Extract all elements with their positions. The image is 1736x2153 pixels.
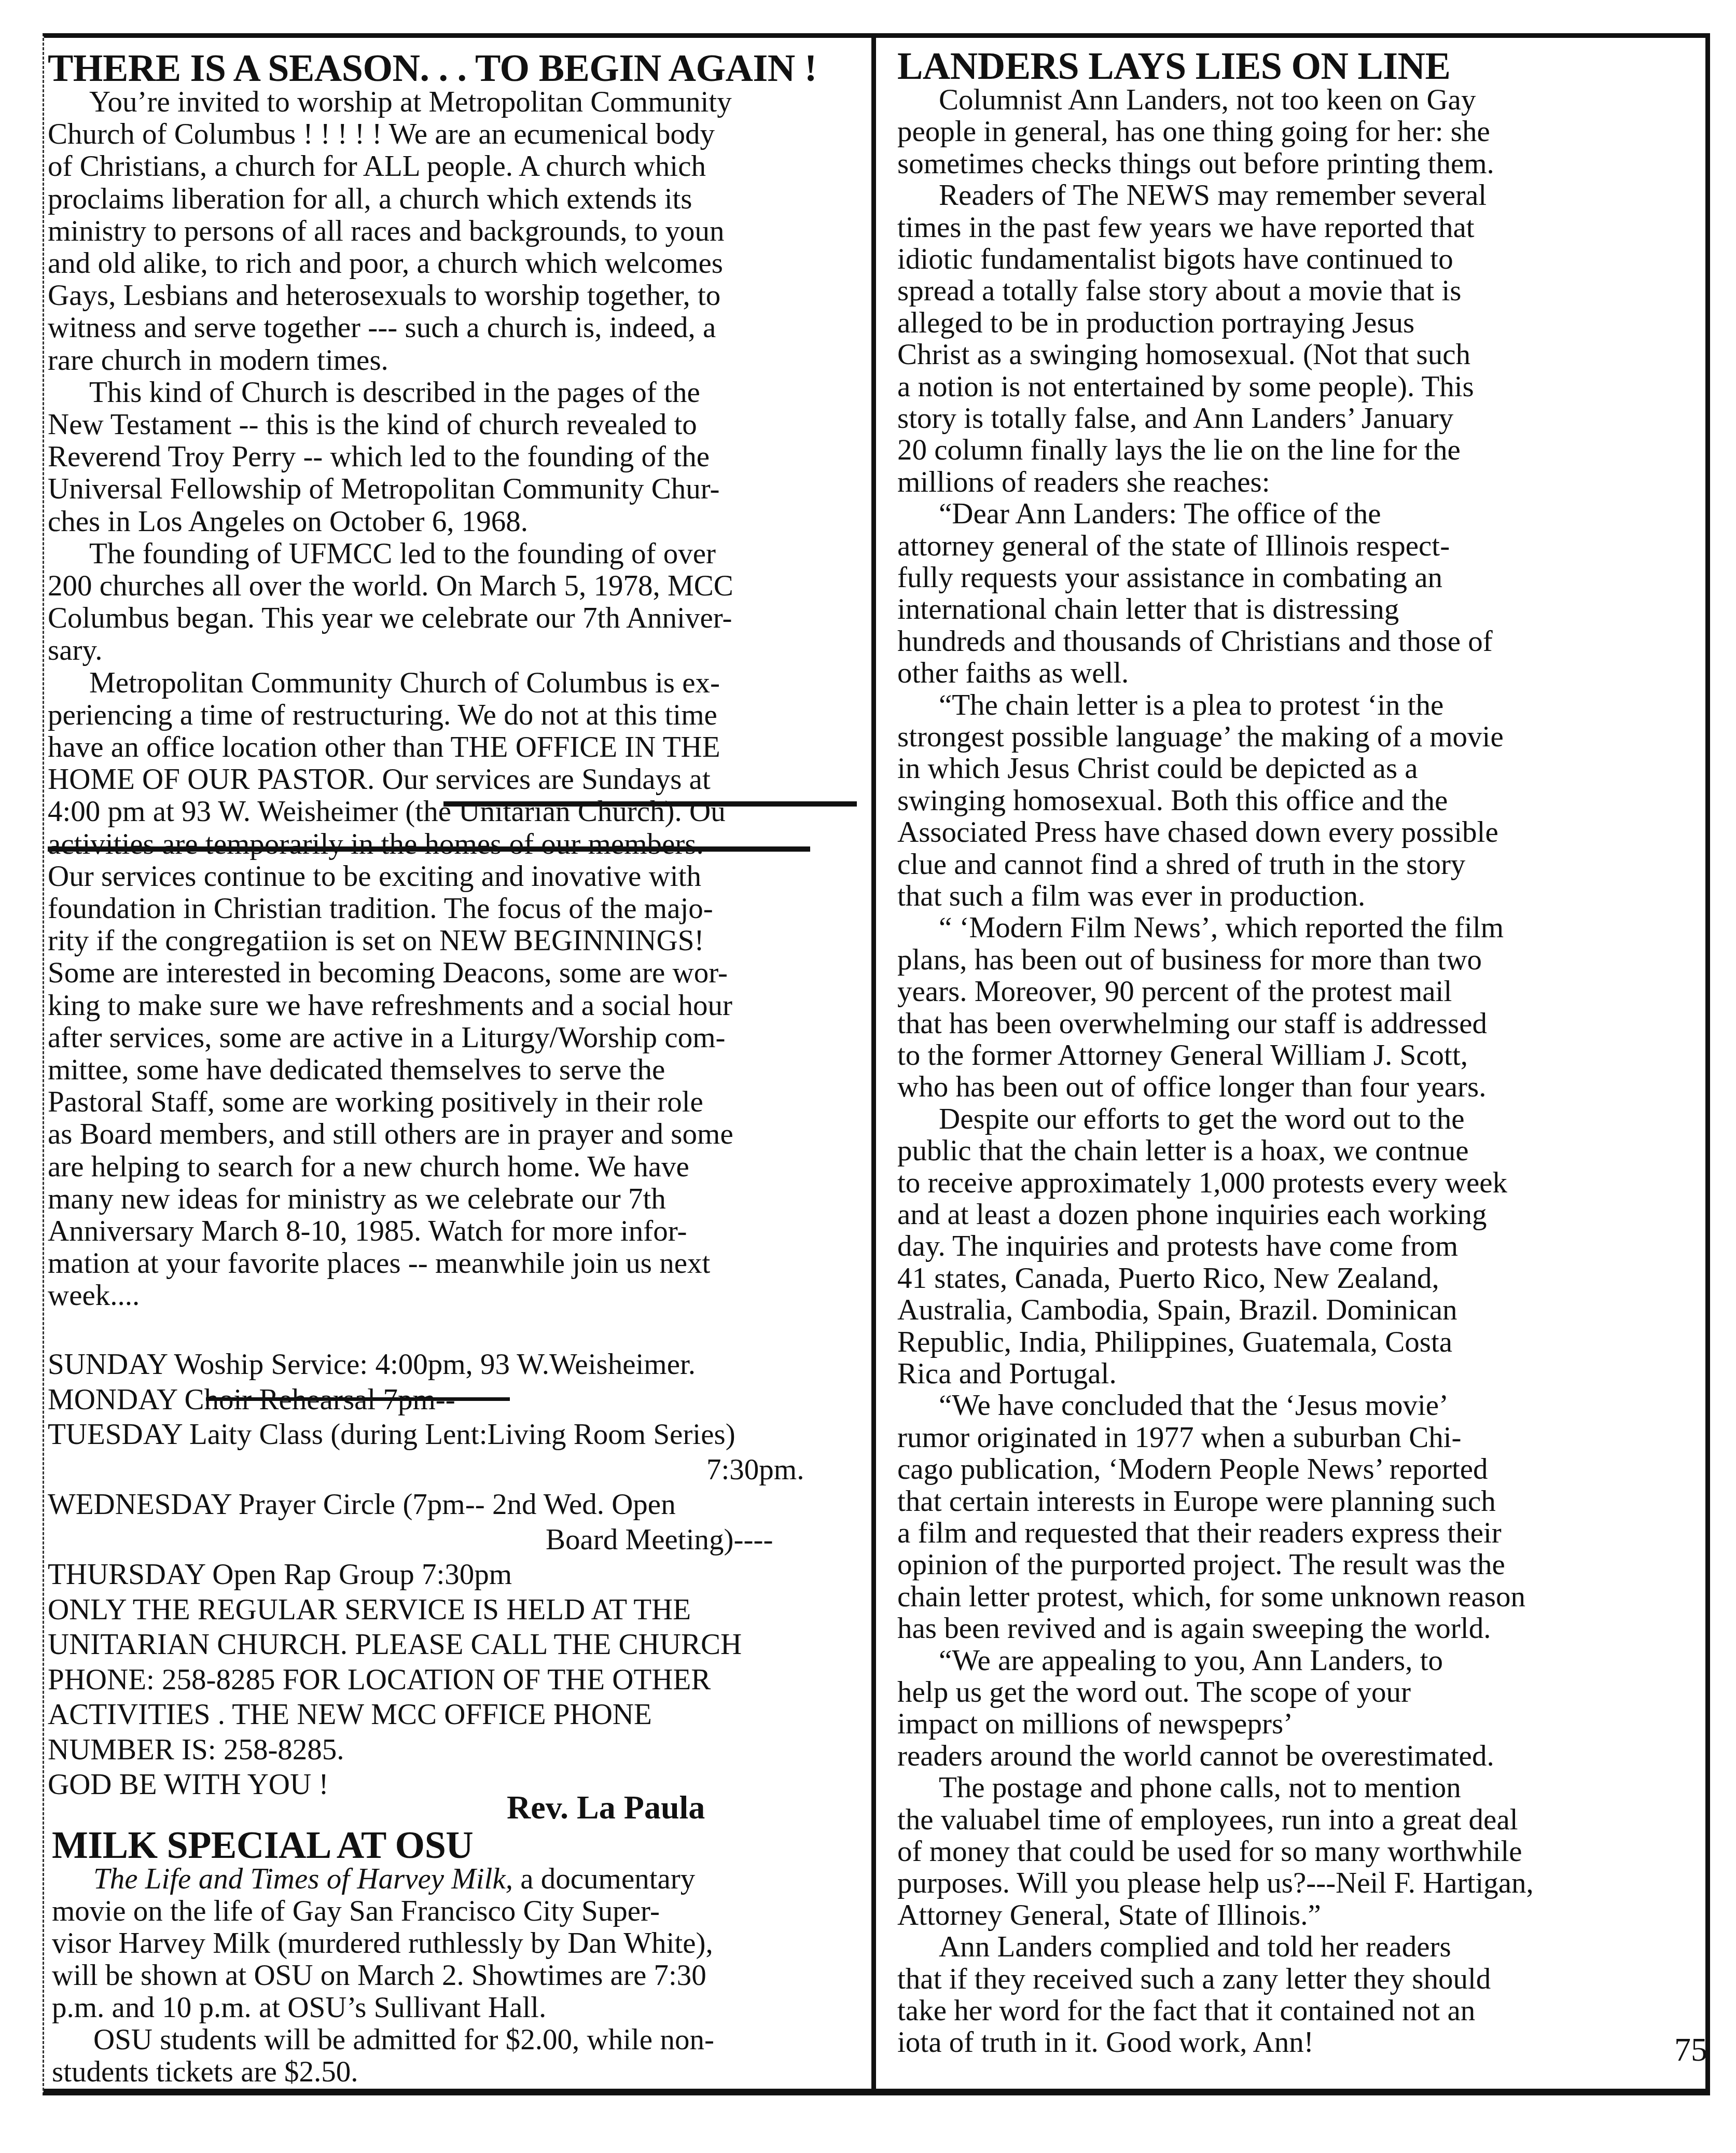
body-line: Metropolitan Community Church of Columbu… (48, 667, 720, 699)
body-line: international chain letter that is distr… (897, 593, 1399, 626)
body-line: spread a totally false story about a mov… (897, 275, 1461, 307)
body-line: alleged to be in production portraying J… (897, 307, 1414, 339)
body-line: strongest possible language’ the making … (897, 721, 1504, 753)
body-line: king to make sure we have refreshments a… (48, 990, 732, 1022)
body-line: and old alike, to rich and poor, a churc… (48, 247, 723, 280)
body-line: plans, has been out of business for more… (897, 944, 1482, 976)
body-line: day. The inquiries and protests have com… (897, 1230, 1458, 1262)
body-line: Rica and Portugal. (897, 1358, 1117, 1390)
body-line: “We have concluded that the ‘Jesus movie… (897, 1390, 1449, 1422)
schedule-line: UNITARIAN CHURCH. PLEASE CALL THE CHURCH (48, 1629, 742, 1661)
body-text: a documentary (513, 1863, 695, 1895)
body-line: “The chain letter is a plea to protest ‘… (897, 689, 1443, 721)
body-line: Church of Columbus ! ! ! ! ! We are an e… (48, 118, 715, 150)
body-line: ministry to persons of all races and bac… (48, 215, 724, 247)
body-line: that if they received such a zany letter… (897, 1963, 1491, 1995)
body-line: chain letter protest, which, for some un… (897, 1581, 1525, 1613)
body-line: Pastoral Staff, some are working positiv… (48, 1086, 703, 1118)
body-line: week.... (48, 1280, 140, 1312)
body-line: take her word for the fact that it conta… (897, 1995, 1475, 2027)
body-line: Readers of The NEWS may remember several (897, 179, 1487, 212)
film-title: The Life and Times of Harvey Milk, (93, 1863, 513, 1895)
body-line: 20 column finally lays the lie on the li… (897, 434, 1461, 466)
schedule-line: NUMBER IS: 258-8285. (48, 1734, 344, 1766)
body-line: has been revived and is again sweeping t… (897, 1613, 1491, 1645)
body-line: fully requests your assistance in combat… (897, 562, 1442, 594)
body-line: in which Jesus Christ could be depicted … (897, 753, 1418, 785)
body-line: New Testament -- this is the kind of chu… (48, 409, 697, 441)
body-line: that such a film was ever in production. (897, 880, 1365, 912)
body-line: Republic, India, Philippines, Guatemala,… (897, 1326, 1452, 1358)
body-line: 200 churches all over the world. On Marc… (48, 570, 733, 602)
body-line: ches in Los Angeles on October 6, 1968. (48, 506, 528, 538)
body-line: are helping to search for a new church h… (48, 1151, 689, 1183)
body-line: movie on the life of Gay San Francisco C… (52, 1895, 660, 1927)
body-line: many new ideas for ministry as we celebr… (48, 1183, 666, 1215)
body-line: Ann Landers complied and told her reader… (897, 1931, 1451, 1963)
body-line: impact on millions of newspeprs’ (897, 1708, 1293, 1740)
body-line: a notion is not entertained by some peop… (897, 371, 1474, 403)
underline-rule (443, 801, 857, 807)
body-line: times in the past few years we have repo… (897, 212, 1475, 244)
body-line: of Christians, a church for ALL people. … (48, 150, 706, 183)
body-line: public that the chain letter is a hoax, … (897, 1135, 1469, 1167)
schedule-line: SUNDAY Woship Service: 4:00pm, 93 W.Weis… (48, 1349, 696, 1381)
body-line: Some are interested in becoming Deacons,… (48, 957, 728, 989)
body-line: The postage and phone calls, not to ment… (897, 1772, 1461, 1804)
schedule-line: ACTIVITIES . THE NEW MCC OFFICE PHONE (48, 1699, 652, 1731)
body-line: opinion of the purported project. The re… (897, 1549, 1505, 1581)
body-line: rumor originated in 1977 when a suburban… (897, 1422, 1462, 1454)
body-line: students tickets are $2.50. (52, 2056, 358, 2088)
body-line: “Dear Ann Landers: The office of the (897, 498, 1381, 530)
schedule-line: Board Meeting)---- (546, 1524, 773, 1556)
body-line: HOME OF OUR PASTOR. Our services are Sun… (48, 763, 711, 796)
body-line: Australia, Cambodia, Spain, Brazil. Domi… (897, 1294, 1457, 1326)
body-line: a film and requested that their readers … (897, 1517, 1502, 1549)
body-line: sometimes checks things out before print… (897, 148, 1494, 180)
body-line: mation at your favorite places -- meanwh… (48, 1247, 710, 1280)
body-line: Columnist Ann Landers, not too keen on G… (897, 84, 1476, 116)
body-line: rity if the congregatiion is set on NEW … (48, 925, 704, 957)
column-divider (871, 33, 876, 2095)
schedule-line: 7:30pm. (706, 1454, 804, 1486)
body-line: sary. (48, 634, 103, 666)
body-line: Anniversary March 8-10, 1985. Watch for … (48, 1215, 687, 1247)
body-line: millions of readers she reaches: (897, 466, 1270, 498)
body-line: to receive approximately 1,000 protests … (897, 1167, 1507, 1199)
body-line: iota of truth in it. Good work, Ann! (897, 2026, 1314, 2059)
article-title-milk: MILK SPECIAL AT OSU (52, 1825, 473, 1866)
body-line: attorney general of the state of Illinoi… (897, 530, 1450, 562)
body-line: purposes. Will you please help us?---Nei… (897, 1867, 1534, 1899)
body-line: Our services continue to be exciting and… (48, 860, 701, 893)
body-line: rare church in modern times. (48, 344, 388, 377)
body-line: help us get the word out. The scope of y… (897, 1676, 1411, 1708)
article-title-landers: LANDERS LAYS LIES ON LINE (897, 46, 1450, 87)
body-line: Christ as a swinging homosexual. (Not th… (897, 339, 1470, 371)
body-line: visor Harvey Milk (murdered ruthlessly b… (52, 1927, 713, 1960)
body-line: that has been overwhelming our staff is … (897, 1008, 1487, 1040)
body-line: people in general, has one thing going f… (897, 116, 1490, 148)
signature: Rev. La Paula (507, 1788, 705, 1827)
body-line: and at least a dozen phone inquiries eac… (897, 1199, 1487, 1231)
schedule-line: THURSDAY Open Rap Group 7:30pm (48, 1559, 512, 1591)
body-line: You’re invited to worship at Metropolita… (48, 86, 732, 118)
body-line: proclaims liberation for all, a church w… (48, 183, 692, 215)
body-line: after services, some are active in a Lit… (48, 1022, 725, 1054)
body-line: mittee, some have dedicated themselves t… (48, 1054, 665, 1086)
schedule-line: TUESDAY Laity Class (during Lent:Living … (48, 1419, 735, 1451)
schedule-line: ONLY THE REGULAR SERVICE IS HELD AT THE (48, 1594, 691, 1626)
body-line: “ ‘Modern Film News’, which reported the… (897, 912, 1504, 944)
body-line: story is totally false, and Ann Landers’… (897, 402, 1453, 435)
body-line: The Life and Times of Harvey Milk, a doc… (52, 1863, 695, 1895)
schedule-line: WEDNESDAY Prayer Circle (7pm-- 2nd Wed. … (48, 1489, 676, 1521)
body-line: witness and serve together --- such a ch… (48, 312, 716, 344)
body-line: idiotic fundamentalist bigots have conti… (897, 243, 1453, 275)
body-line: the valuabel time of employees, run into… (897, 1804, 1518, 1836)
body-line: will be shown at OSU on March 2. Showtim… (52, 1960, 706, 1992)
body-line: swinging homosexual. Both this office an… (897, 785, 1448, 817)
body-line: Reverend Troy Perry -- which led to the … (48, 441, 710, 473)
body-line: Universal Fellowship of Metropolitan Com… (48, 473, 720, 505)
body-line: foundation in Christian tradition. The f… (48, 893, 713, 925)
body-line: years. Moreover, 90 percent of the prote… (897, 976, 1452, 1008)
body-line: who has been out of office longer than f… (897, 1071, 1486, 1103)
body-line: Despite our efforts to get the word out … (897, 1103, 1465, 1135)
body-line: p.m. and 10 p.m. at OSU’s Sullivant Hall… (52, 1992, 546, 2024)
body-line: readers around the world cannot be overe… (897, 1740, 1494, 1772)
body-line: of money that could be used for so many … (897, 1836, 1522, 1868)
body-line: other faiths as well. (897, 657, 1129, 689)
body-line: Columbus began. This year we celebrate o… (48, 602, 732, 634)
schedule-line: PHONE: 258-8285 FOR LOCATION OF THE OTHE… (48, 1664, 711, 1696)
body-line: that certain interests in Europe were pl… (897, 1485, 1496, 1518)
body-line: activities are temporarily in the homes … (48, 828, 704, 860)
body-line: 41 states, Canada, Puerto Rico, New Zeal… (897, 1262, 1439, 1295)
body-line: “We are appealing to you, Ann Landers, t… (897, 1645, 1443, 1677)
body-line: This kind of Church is described in the … (48, 377, 700, 409)
body-line: Attorney General, State of Illinois.” (897, 1899, 1321, 1932)
article-title-season: THERE IS A SEASON. . . TO BEGIN AGAIN ! (48, 48, 817, 89)
body-line: as Board members, and still others are i… (48, 1118, 733, 1150)
body-line: periencing a time of restructuring. We d… (48, 699, 717, 731)
body-line: to the former Attorney General William J… (897, 1039, 1468, 1072)
body-line: OSU students will be admitted for $2.00,… (52, 2024, 714, 2056)
body-line: Associated Press have chased down every … (897, 816, 1498, 849)
body-line: Gays, Lesbians and heterosexuals to wors… (48, 280, 720, 312)
body-line: have an office location other than THE O… (48, 731, 720, 763)
body-line: cago publication, ‘Modern People News’ r… (897, 1453, 1488, 1485)
schedule-line: GOD BE WITH YOU ! (48, 1769, 328, 1801)
body-line: hundreds and thousands of Christians and… (897, 626, 1493, 658)
schedule-line: MONDAY Choir Rehearsal 7pm-- (48, 1384, 455, 1416)
body-line: The founding of UFMCC led to the foundin… (48, 538, 716, 570)
underline-rule (48, 846, 810, 852)
body-line: 4:00 pm at 93 W. Weisheimer (the Unitari… (48, 796, 726, 828)
page-number: 75 (1674, 2031, 1707, 2069)
body-line: clue and cannot find a shred of truth in… (897, 849, 1465, 881)
